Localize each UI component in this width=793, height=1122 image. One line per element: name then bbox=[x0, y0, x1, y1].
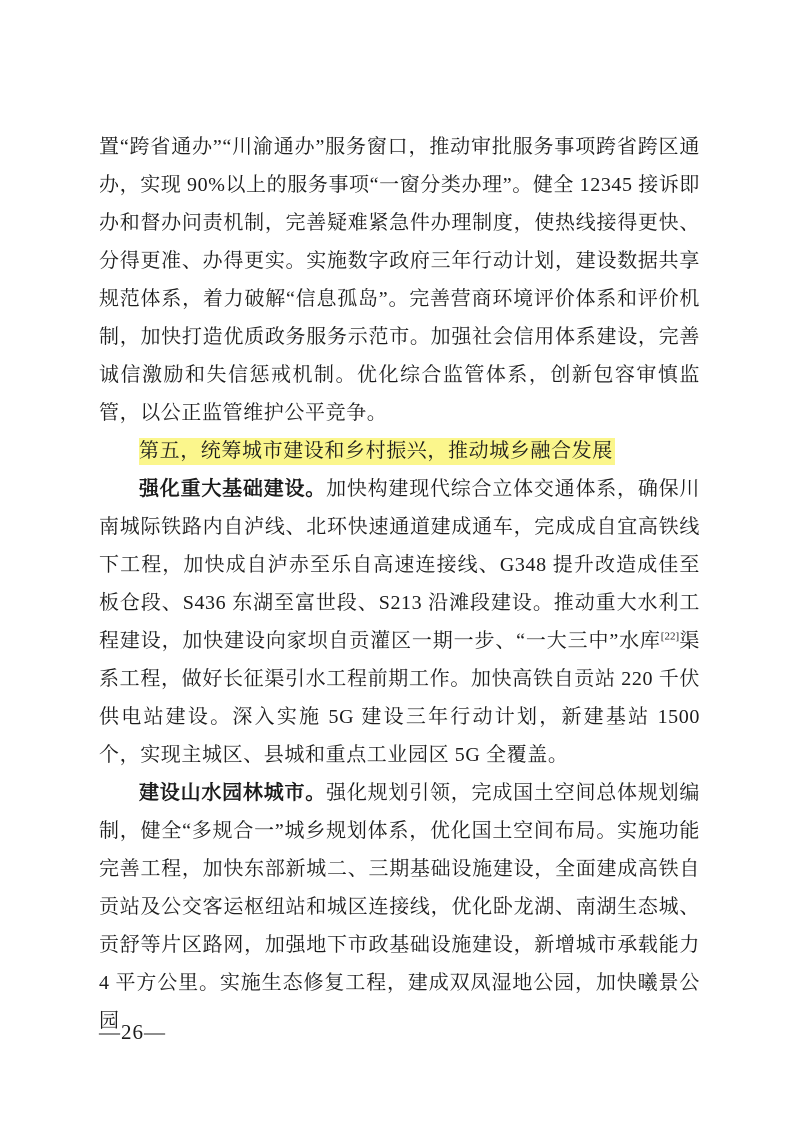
section-heading-highlighted-text: 第五，统筹城市建设和乡村振兴，推动城乡融合发展 bbox=[139, 438, 615, 465]
paragraph-infrastructure-text-1: 加快构建现代综合立体交通体系，确保川南城际铁路内自泸线、北环快速通道建成通车，完… bbox=[99, 478, 700, 652]
section-heading: 第五，统筹城市建设和乡村振兴，推动城乡融合发展 bbox=[99, 432, 700, 470]
paragraph-garden-city-lead: 建设山水园林城市。 bbox=[139, 782, 326, 804]
paragraph-infrastructure-lead: 强化重大基础建设。 bbox=[139, 478, 326, 500]
paragraph-continuation: 置“跨省通办”“川渝通办”服务窗口，推动审批服务事项跨省跨区通办，实现 90%以… bbox=[99, 128, 700, 432]
page-number: —26— bbox=[99, 1020, 166, 1045]
paragraph-infrastructure: 强化重大基础建设。加快构建现代综合立体交通体系，确保川南城际铁路内自泸线、北环快… bbox=[99, 470, 700, 774]
paragraph-garden-city-text: 强化规划引领，完成国土空间总体规划编制，健全“多规合一”城乡规划体系，优化国土空… bbox=[99, 782, 700, 1032]
paragraph-garden-city: 建设山水园林城市。强化规划引领，完成国土空间总体规划编制，健全“多规合一”城乡规… bbox=[99, 774, 700, 1040]
document-page: 置“跨省通办”“川渝通办”服务窗口，推动审批服务事项跨省跨区通办，实现 90%以… bbox=[0, 0, 793, 1122]
footnote-reference-22: [22] bbox=[661, 630, 679, 642]
paragraph-continuation-text: 置“跨省通办”“川渝通办”服务窗口，推动审批服务事项跨省跨区通办，实现 90%以… bbox=[99, 136, 700, 424]
document-body: 置“跨省通办”“川渝通办”服务窗口，推动审批服务事项跨省跨区通办，实现 90%以… bbox=[99, 128, 700, 1040]
